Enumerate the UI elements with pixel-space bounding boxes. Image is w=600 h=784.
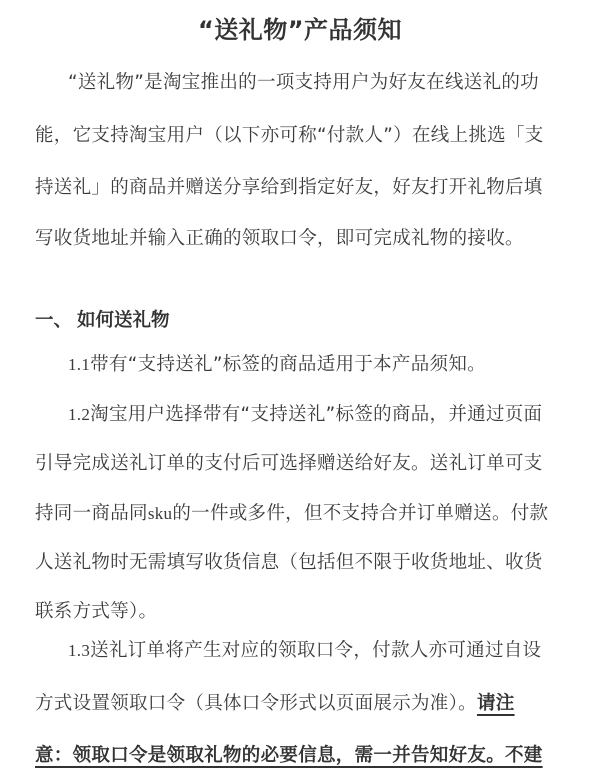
item-1-3-line-1: 1.3送礼订单将产生对应的领取口令，付款人亦可通过自设 <box>68 636 541 662</box>
page-title: “送礼物”产品须知 <box>0 10 600 45</box>
item-1-3-line-2: 方式设置领取口令（具体口令形式以页面展示为准）。请注 <box>35 689 515 715</box>
item-number: 1.1 <box>68 355 90 374</box>
item-text: 方式设置领取口令（具体口令形式以页面展示为准）。 <box>35 693 477 714</box>
intro-line-3: 持送礼」的商品并赠送分享给到指定好友，好友打开礼物后填 <box>35 173 543 199</box>
item-text: 淘宝用户选择带有“支持送礼”标签的商品，并通过页面 <box>90 404 542 425</box>
important-notice: 意：领取口令是领取礼物的必要信息，需一并告知好友。不建 <box>35 745 543 766</box>
item-1-2-line-4: 人送礼物时无需填写收货信息（包括但不限于收货地址、收货 <box>35 548 543 574</box>
section-number: 一、 <box>35 306 77 332</box>
important-notice: 请注 <box>477 693 515 714</box>
intro-line-4: 写收货地址并输入正确的领取口令，即可完成礼物的接收。 <box>35 224 524 250</box>
item-text: 送礼订单将产生对应的领取口令，付款人亦可通过自设 <box>90 640 541 661</box>
item-1-2-line-2: 引导完成送礼订单的支付后可选择赠送给好友。送礼订单可支 <box>35 449 543 475</box>
intro-line-2: 能，它支持淘宝用户（以下亦可称“付款人”）在线上挑选「支 <box>35 121 544 147</box>
section-heading: 一、如何送礼物 <box>35 306 170 332</box>
item-1-2-line-5: 联系方式等）。 <box>35 597 157 623</box>
sku-text: sku <box>148 504 173 523</box>
section-title: 如何送礼物 <box>77 310 170 331</box>
item-1-2-line-3: 持同一商品同sku的一件或多件，但不支持合并订单赠送。付款 <box>35 499 548 525</box>
text-part: 持同一商品同 <box>35 503 148 524</box>
product-notice-document: “送礼物”产品须知 “送礼物”是淘宝推出的一项支持用户为好友在线送礼的功 能，它… <box>0 0 600 784</box>
item-1-1: 1.1带有“支持送礼”标签的商品适用于本产品须知。 <box>68 350 486 376</box>
item-text: 带有“支持送礼”标签的商品适用于本产品须知。 <box>90 354 486 375</box>
item-number: 1.2 <box>68 405 90 424</box>
item-1-3-line-3: 意：领取口令是领取礼物的必要信息，需一并告知好友。不建 <box>35 741 543 767</box>
intro-line-1: “送礼物”是淘宝推出的一项支持用户为好友在线送礼的功 <box>68 68 539 94</box>
text-part: 的一件或多件，但不支持合并订单赠送。付款 <box>172 503 548 524</box>
item-number: 1.3 <box>68 641 90 660</box>
item-1-2-line-1: 1.2淘宝用户选择带有“支持送礼”标签的商品，并通过页面 <box>68 400 542 426</box>
